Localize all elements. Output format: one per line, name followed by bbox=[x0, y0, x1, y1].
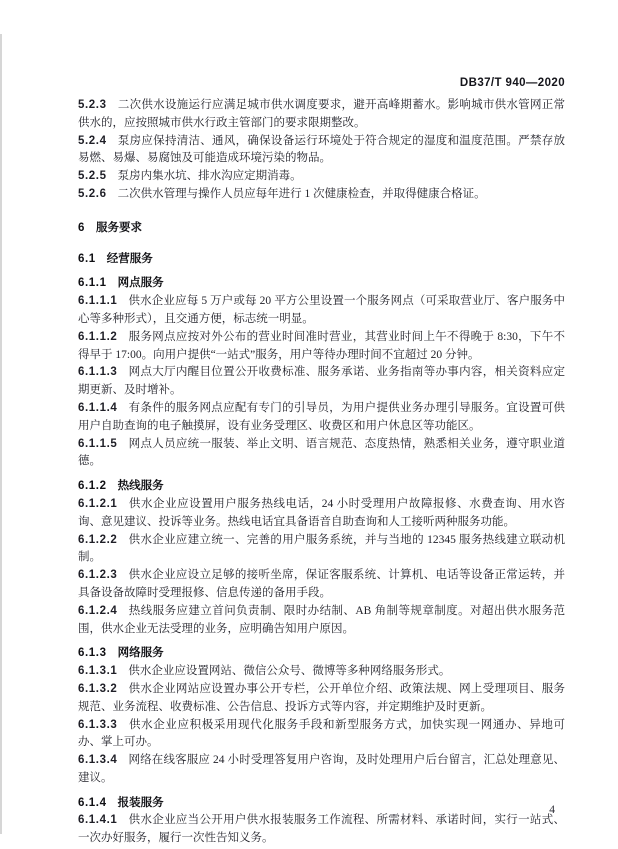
clause-6.1.2.2: 6.1.2.2供水企业应建立统一、完善的用户服务系统，并与当地的 12345 服… bbox=[78, 532, 565, 568]
clause-number: 6.1.3.2 bbox=[78, 683, 117, 695]
clause-text: 供水企业应当公开用户供水报装服务工作流程、所需材料、承诺时间，实行一站式、一次办… bbox=[78, 814, 565, 844]
clause-number: 6.1.1.5 bbox=[78, 438, 117, 450]
clause-text: 有条件的服务网点应配有专门的引导员，为用户提供业务办理引导服务。宜设置可供用户自… bbox=[78, 402, 565, 432]
clause-number: 5.2.3 bbox=[78, 99, 107, 111]
page-number: 4 bbox=[78, 804, 555, 816]
clause-6.1.3.2: 6.1.3.2供水企业网站应设置办事公开专栏，公开单位介绍、政策法规、网上受理项… bbox=[78, 681, 565, 717]
clause-text: 供水企业应设立足够的接听坐席，保证客服系统、计算机、电话等设备正常运转，并具备设… bbox=[78, 569, 565, 599]
clause-5.2.4: 5.2.4泵房应保持清洁、通风，确保设备运行环境处于符合规定的湿度和温度范围。严… bbox=[78, 133, 565, 169]
clause-text: 供水企业应积极采用现代化服务手段和新型服务方式，加快实现一网通办、异地可办、掌上… bbox=[78, 719, 565, 749]
clause-number: 6.1.2.3 bbox=[78, 569, 117, 581]
document-body: 5.2.3二次供水设施运行应满足城市供水调度要求，避开高峰期蓄水。影响城市供水管… bbox=[78, 97, 565, 848]
document-page: DB37/T 940—2020 5.2.3二次供水设施运行应满足城市供水调度要求… bbox=[0, 0, 618, 849]
clause-text: 供水企业应设置用户服务热线电话，24 小时受理用户故障报修、水费查询、用水咨询、… bbox=[78, 498, 565, 528]
clause-6.1.1.3: 6.1.1.3网点大厅内醒目位置公开收费标准、服务承诺、业务指南等办事内容，相关… bbox=[78, 364, 565, 400]
section-heading-6: 6服务要求 bbox=[78, 220, 565, 238]
section-heading-6.1.1: 6.1.1网点服务 bbox=[78, 275, 565, 293]
clause-5.2.6: 5.2.6二次供水管理与操作人员应每年进行 1 次健康检查，并取得健康合格证。 bbox=[78, 186, 565, 204]
clause-number: 6.1.3.1 bbox=[78, 665, 117, 677]
clause-6.1.1.1: 6.1.1.1供水企业应每 5 万户或每 20 平方公里设置一个服务网点（可采取… bbox=[78, 293, 565, 329]
clause-6.1.3.4: 6.1.3.4网络在线客服应 24 小时受理答复用户咨询，及时处理用户后台留言，… bbox=[78, 752, 565, 788]
clause-6.1.3.3: 6.1.3.3供水企业应积极采用现代化服务手段和新型服务方式，加快实现一网通办、… bbox=[78, 717, 565, 753]
clause-text: 经营服务 bbox=[107, 253, 153, 265]
clause-6.1.1.2: 6.1.1.2服务网点应按对外公布的营业时间准时营业，其营业时间上午不得晚于 8… bbox=[78, 329, 565, 365]
clause-number: 6.1.3.4 bbox=[78, 754, 117, 766]
clause-number: 6.1.1.2 bbox=[78, 331, 117, 343]
clause-text: 热线服务应建立首问负责制、限时办结制、AB 角制等规章制度。对超出供水服务范围，… bbox=[78, 605, 565, 635]
clause-text: 供水企业应建立统一、完善的用户服务系统，并与当地的 12345 服务热线建立联动… bbox=[78, 534, 565, 564]
clause-6.1.2.4: 6.1.2.4热线服务应建立首问负责制、限时办结制、AB 角制等规章制度。对超出… bbox=[78, 603, 565, 639]
clause-text: 网点服务 bbox=[118, 277, 164, 289]
clause-text: 网点大厅内醒目位置公开收费标准、服务承诺、业务指南等办事内容，相关资料应定期更新… bbox=[78, 366, 565, 396]
clause-5.2.5: 5.2.5泵房内集水坑、排水沟应定期消毒。 bbox=[78, 168, 565, 186]
clause-6.1.2.3: 6.1.2.3供水企业应设立足够的接听坐席，保证客服系统、计算机、电话等设备正常… bbox=[78, 567, 565, 603]
clause-text: 网络在线客服应 24 小时受理答复用户咨询，及时处理用户后台留言，汇总处理意见、… bbox=[78, 754, 565, 784]
clause-text: 服务网点应按对外公布的营业时间准时营业，其营业时间上午不得晚于 8:30，下午不… bbox=[78, 331, 565, 361]
clause-number: 6.1.1.3 bbox=[78, 366, 117, 378]
clause-number: 5.2.6 bbox=[78, 188, 107, 200]
clause-number: 6.1.2.1 bbox=[78, 498, 117, 510]
clause-number: 6.1.3.3 bbox=[78, 719, 117, 731]
clause-text: 网点人员应统一服装、举止文明、语言规范、态度热情，熟悉相关业务，遵守职业道德。 bbox=[78, 438, 565, 468]
clause-number: 6.1.2.4 bbox=[78, 605, 117, 617]
clause-text: 供水企业网站应设置办事公开专栏，公开单位介绍、政策法规、网上受理项目、服务规范、… bbox=[78, 683, 565, 713]
clause-number: 6.1.2 bbox=[78, 480, 107, 492]
clause-text: 供水企业应设置网站、微信公众号、微博等多种网络服务形式。 bbox=[128, 665, 450, 677]
clause-text: 服务要求 bbox=[96, 222, 142, 234]
clause-6.1.2.1: 6.1.2.1供水企业应设置用户服务热线电话，24 小时受理用户故障报修、水费查… bbox=[78, 496, 565, 532]
clause-text: 泵房应保持清洁、通风，确保设备运行环境处于符合规定的湿度和温度范围。严禁存放易燃… bbox=[78, 135, 565, 165]
scan-edge-artifact bbox=[0, 34, 2, 834]
clause-6.1.4.1: 6.1.4.1供水企业应当公开用户供水报装服务工作流程、所需材料、承诺时间，实行… bbox=[78, 812, 565, 848]
clause-number: 6.1.4.1 bbox=[78, 814, 117, 826]
clause-text: 热线服务 bbox=[118, 480, 164, 492]
clause-text: 网络服务 bbox=[118, 647, 164, 659]
clause-6.1.3.1: 6.1.3.1供水企业应设置网站、微信公众号、微博等多种网络服务形式。 bbox=[78, 663, 565, 681]
clause-6.1.1.5: 6.1.1.5网点人员应统一服装、举止文明、语言规范、态度热情，熟悉相关业务，遵… bbox=[78, 436, 565, 472]
clause-number: 6.1 bbox=[78, 253, 96, 265]
clause-number: 6.1.1 bbox=[78, 277, 107, 289]
section-heading-6.1.2: 6.1.2热线服务 bbox=[78, 478, 565, 496]
clause-text: 二次供水设施运行应满足城市供水调度要求，避开高峰期蓄水。影响城市供水管网正常供水… bbox=[78, 99, 565, 129]
clause-number: 6.1.2.2 bbox=[78, 534, 117, 546]
clause-number: 6.1.1.1 bbox=[78, 295, 117, 307]
clause-number: 6 bbox=[78, 222, 85, 234]
clause-number: 6.1.1.4 bbox=[78, 402, 117, 414]
section-heading-6.1.3: 6.1.3网络服务 bbox=[78, 645, 565, 663]
clause-text: 泵房内集水坑、排水沟应定期消毒。 bbox=[118, 170, 302, 182]
clause-number: 5.2.4 bbox=[78, 135, 107, 147]
clause-number: 5.2.5 bbox=[78, 170, 107, 182]
document-header-code: DB37/T 940—2020 bbox=[78, 77, 565, 89]
section-heading-6.1: 6.1经营服务 bbox=[78, 251, 565, 269]
clause-text: 供水企业应每 5 万户或每 20 平方公里设置一个服务网点（可采取营业厅、客户服… bbox=[78, 295, 565, 325]
clause-5.2.3: 5.2.3二次供水设施运行应满足城市供水调度要求，避开高峰期蓄水。影响城市供水管… bbox=[78, 97, 565, 133]
clause-6.1.1.4: 6.1.1.4有条件的服务网点应配有专门的引导员，为用户提供业务办理引导服务。宜… bbox=[78, 400, 565, 436]
clause-text: 二次供水管理与操作人员应每年进行 1 次健康检查，并取得健康合格证。 bbox=[118, 188, 486, 200]
clause-number: 6.1.3 bbox=[78, 647, 107, 659]
